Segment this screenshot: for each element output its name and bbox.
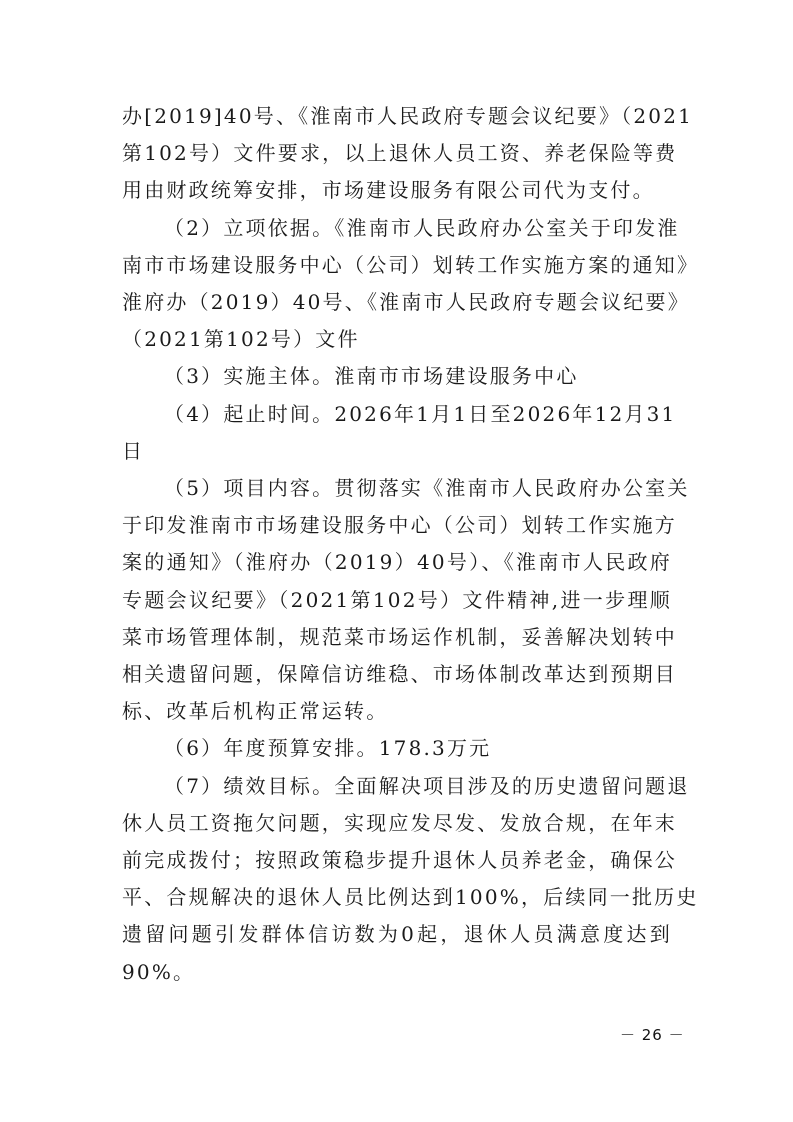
text-line: 专题会议纪要》（2021第102号）文件精神,进一步理顺 [122,582,672,619]
text-line: 遗留问题引发群体信访数为0起，退休人员满意度达到 [122,916,672,953]
text-line: 南市市场建设服务中心（公司）划转工作实施方案的通知》 [122,247,672,284]
text-line: 相关遗留问题，保障信访维稳、市场体制改革达到预期目 [122,656,672,693]
paragraph-implementing-body: （3）实施主体。淮南市市场建设服务中心 [122,358,672,395]
text-line: （6）年度预算安排。178.3万元 [122,730,672,767]
text-line: （2）立项依据。《淮南市人民政府办公室关于印发淮 [122,210,672,247]
text-line: 案的通知》（淮府办（2019）40号）、《淮南市人民政府 [122,544,672,581]
text-line: 标、改革后机构正常运转。 [122,693,672,730]
text-line: （4）起止时间。2026年1月1日至2026年12月31 [122,396,672,433]
text-line: 日 [122,433,672,470]
paragraph-time-period: （4）起止时间。2026年1月1日至2026年12月31 日 [122,396,672,470]
text-line: 用由财政统筹安排，市场建设服务有限公司代为支付。 [122,172,672,209]
text-line: （3）实施主体。淮南市市场建设服务中心 [122,358,672,395]
text-line: （5）项目内容。贯彻落实《淮南市人民政府办公室关 [122,470,672,507]
text-line: 菜市场管理体制，规范菜市场运作机制，妥善解决划转中 [122,619,672,656]
document-page: 办[2019]40号、《淮南市人民政府专题会议纪要》（2021 第102号）文件… [122,98,672,991]
text-line: （7）绩效目标。全面解决项目涉及的历史遗留问题退 [122,768,672,805]
text-line: 办[2019]40号、《淮南市人民政府专题会议纪要》（2021 [122,98,672,135]
paragraph-project-content: （5）项目内容。贯彻落实《淮南市人民政府办公室关 于印发淮南市市场建设服务中心（… [122,470,672,730]
text-line: 90%。 [122,954,672,991]
text-line: 淮府办（2019）40号、《淮南市人民政府专题会议纪要》 [122,284,672,321]
paragraph-continuation: 办[2019]40号、《淮南市人民政府专题会议纪要》（2021 第102号）文件… [122,98,672,210]
text-line: 休人员工资拖欠问题，实现应发尽发、发放合规，在年末 [122,805,672,842]
text-line: 第102号）文件要求，以上退休人员工资、养老保险等费 [122,135,672,172]
text-line: 平、合规解决的退休人员比例达到100%，后续同一批历史 [122,879,672,916]
page-number: － 26 － [620,1024,685,1045]
paragraph-project-basis: （2）立项依据。《淮南市人民政府办公室关于印发淮 南市市场建设服务中心（公司）划… [122,210,672,359]
text-line: 前完成拨付；按照政策稳步提升退休人员养老金，确保公 [122,842,672,879]
text-line: （2021第102号）文件 [122,321,672,358]
paragraph-annual-budget: （6）年度预算安排。178.3万元 [122,730,672,767]
paragraph-performance-goals: （7）绩效目标。全面解决项目涉及的历史遗留问题退 休人员工资拖欠问题，实现应发尽… [122,768,672,991]
text-line: 于印发淮南市市场建设服务中心（公司）划转工作实施方 [122,507,672,544]
